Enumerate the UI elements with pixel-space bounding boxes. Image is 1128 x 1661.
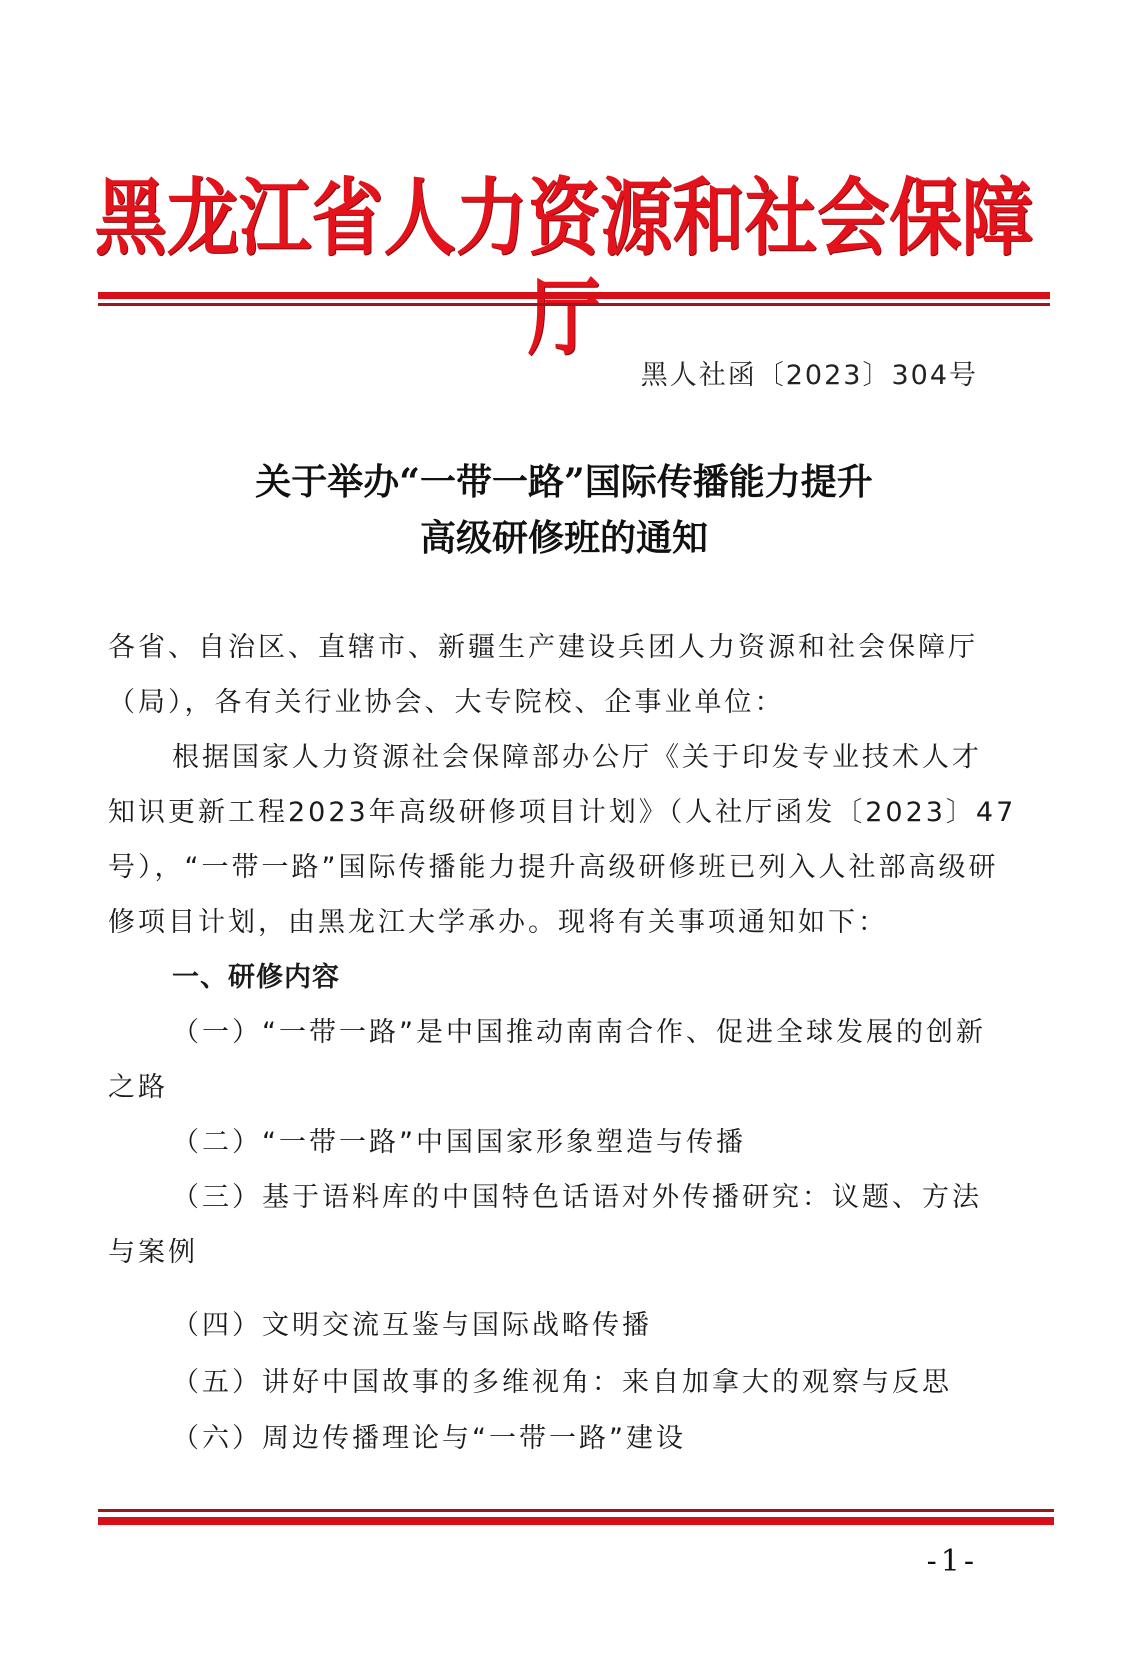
paragraph-line-3: 号），“一带一路”国际传播能力提升高级研修班已列入人社部高级研 <box>108 848 1028 888</box>
addressee-line-2: （局），各有关行业协会、大专院校、企事业单位： <box>108 683 1028 723</box>
page-number: -1- <box>927 1542 978 1582</box>
list-item-3-continuation: 与案例 <box>108 1233 1028 1273</box>
footer-rule-thin <box>98 1509 1054 1512</box>
document-title-line-1: 关于举办“一带一路”国际传播能力提升 <box>0 454 1128 510</box>
list-item-3: （三）基于语料库的中国特色话语对外传播研究：议题、方法 <box>172 1178 1092 1218</box>
list-item-6: （六）周边传播理论与“一带一路”建设 <box>172 1419 1092 1459</box>
header-rule-thin <box>98 303 1050 306</box>
list-item-4: （四）文明交流互鉴与国际战略传播 <box>172 1306 1092 1346</box>
addressee-line-1: 各省、自治区、直辖市、新疆生产建设兵团人力资源和社会保障厅 <box>108 628 1028 668</box>
header-rule-thick <box>98 292 1050 299</box>
paragraph-line-2: 知识更新工程2023年高级研修项目计划》（人社厅函发〔2023〕47 <box>108 793 1028 833</box>
organization-header: 黑龙江省人力资源和社会保障厅 <box>79 168 1049 368</box>
list-item-1: （一）“一带一路”是中国推动南南合作、促进全球发展的创新 <box>172 1013 1092 1053</box>
section-heading: 一、研修内容 <box>172 958 1092 998</box>
document-number: 黑人社函〔2023〕304号 <box>641 356 978 396</box>
list-item-1-continuation: 之路 <box>108 1068 1028 1108</box>
document-title-line-2: 高级研修班的通知 <box>0 510 1128 566</box>
list-item-5: （五）讲好中国故事的多维视角：来自加拿大的观察与反思 <box>172 1363 1092 1403</box>
footer-rule-thick <box>98 1517 1054 1525</box>
paragraph-line-4: 修项目计划，由黑龙江大学承办。现将有关事项通知如下： <box>108 903 1028 943</box>
paragraph-line-1: 根据国家人力资源社会保障部办公厅《关于印发专业技术人才 <box>172 738 1092 778</box>
list-item-2: （二）“一带一路”中国国家形象塑造与传播 <box>172 1123 1092 1163</box>
